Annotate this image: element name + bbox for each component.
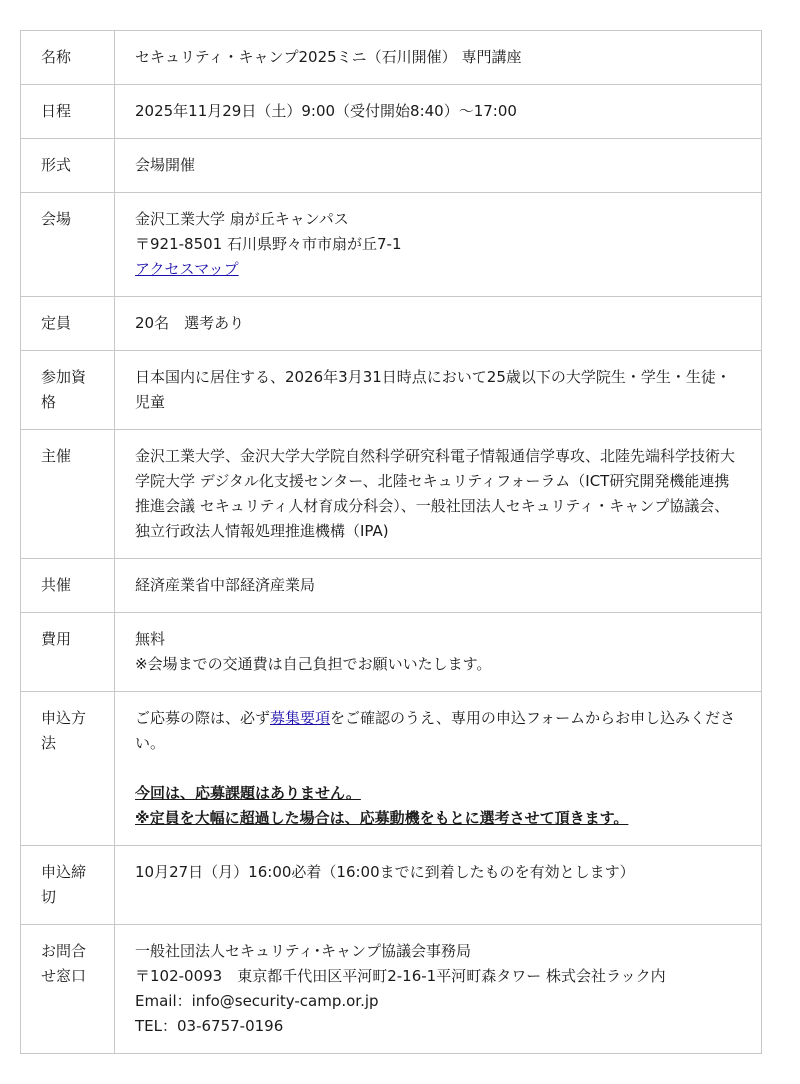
spacer: [135, 756, 741, 781]
table-row-capacity: 定員 20名 選考あり: [21, 297, 762, 351]
venue-address: 〒921-8501 石川県野々市市扇が丘7-1: [135, 232, 741, 257]
row-label: 共催: [21, 559, 115, 613]
table-row-format: 形式 会場開催: [21, 139, 762, 193]
recruitment-guidelines-link[interactable]: 募集要項: [270, 709, 330, 727]
table-row-eligibility: 参加資格 日本国内に居住する、2026年3月31日時点において25歳以下の大学院…: [21, 351, 762, 430]
row-label: 日程: [21, 85, 115, 139]
row-label: 費用: [21, 613, 115, 692]
table-row-date: 日程 2025年11月29日（土）9:00（受付開始8:40）～17:00: [21, 85, 762, 139]
event-info-table: 名称 セキュリティ・キャンプ2025ミニ（石川開催） 専門講座 日程 2025年…: [20, 30, 762, 1054]
venue-cell: 金沢工業大学 扇が丘キャンパス 〒921-8501 石川県野々市市扇が丘7-1 …: [115, 193, 762, 297]
venue-name: 金沢工業大学 扇が丘キャンパス: [135, 207, 741, 232]
cosponsor: 経済産業省中部経済産業局: [115, 559, 762, 613]
row-label: 形式: [21, 139, 115, 193]
capacity: 20名 選考あり: [115, 297, 762, 351]
row-label: 主催: [21, 430, 115, 559]
fee-cell: 無料 ※会場までの交通費は自己負担でお願いいたします。: [115, 613, 762, 692]
table-row-name: 名称 セキュリティ・キャンプ2025ミニ（石川開催） 専門講座: [21, 31, 762, 85]
table-row-contact: お問合せ窓口 一般社団法人セキュリティ･キャンプ協議会事務局 〒102-0093…: [21, 925, 762, 1054]
organizer: 金沢工業大学、金沢大学大学院自然科学研究科電子情報通信学専攻、北陸先端科学技術大…: [115, 430, 762, 559]
notice-selection: ※定員を大幅に超過した場合は、応募動機をもとに選考させて頂きます。: [135, 806, 741, 831]
table-row-fee: 費用 無料 ※会場までの交通費は自己負担でお願いいたします。: [21, 613, 762, 692]
contact-address: 〒102-0093 東京都千代田区平河町2-16-1平河町森タワー 株式会社ラッ…: [135, 964, 741, 989]
table-row-deadline: 申込締切 10月27日（月）16:00必着（16:00までに到着したものを有効と…: [21, 846, 762, 925]
contact-cell: 一般社団法人セキュリティ･キャンプ協議会事務局 〒102-0093 東京都千代田…: [115, 925, 762, 1054]
deadline: 10月27日（月）16:00必着（16:00までに到着したものを有効とします）: [115, 846, 762, 925]
contact-organization: 一般社団法人セキュリティ･キャンプ協議会事務局: [135, 939, 741, 964]
row-label: お問合せ窓口: [21, 925, 115, 1054]
table-row-application: 申込方法 ご応募の際は、必ず募集要項をご確認のうえ、専用の申込フォームからお申し…: [21, 692, 762, 846]
application-instructions: ご応募の際は、必ず募集要項をご確認のうえ、専用の申込フォームからお申し込みくださ…: [135, 706, 741, 756]
row-label: 申込方法: [21, 692, 115, 846]
row-label: 会場: [21, 193, 115, 297]
table-row-venue: 会場 金沢工業大学 扇が丘キャンパス 〒921-8501 石川県野々市市扇が丘7…: [21, 193, 762, 297]
fee-amount: 無料: [135, 627, 741, 652]
table-row-cosponsor: 共催 経済産業省中部経済産業局: [21, 559, 762, 613]
event-format: 会場開催: [115, 139, 762, 193]
fee-note: ※会場までの交通費は自己負担でお願いいたします。: [135, 652, 741, 677]
eligibility: 日本国内に居住する、2026年3月31日時点において25歳以下の大学院生・学生・…: [115, 351, 762, 430]
row-label: 定員: [21, 297, 115, 351]
contact-email: Email：info@security-camp.or.jp: [135, 989, 741, 1014]
row-label: 申込締切: [21, 846, 115, 925]
access-map-link[interactable]: アクセスマップ: [135, 260, 239, 278]
event-date: 2025年11月29日（土）9:00（受付開始8:40）～17:00: [115, 85, 762, 139]
row-label: 名称: [21, 31, 115, 85]
application-cell: ご応募の際は、必ず募集要項をご確認のうえ、専用の申込フォームからお申し込みくださ…: [115, 692, 762, 846]
contact-phone: TEL：03-6757-0196: [135, 1014, 741, 1039]
table-row-organizer: 主催 金沢工業大学、金沢大学大学院自然科学研究科電子情報通信学専攻、北陸先端科学…: [21, 430, 762, 559]
row-label: 参加資格: [21, 351, 115, 430]
instruction-text: ご応募の際は、必ず: [135, 709, 270, 727]
notice-no-assignment: 今回は、応募課題はありません。: [135, 781, 741, 806]
event-name: セキュリティ・キャンプ2025ミニ（石川開催） 専門講座: [115, 31, 762, 85]
